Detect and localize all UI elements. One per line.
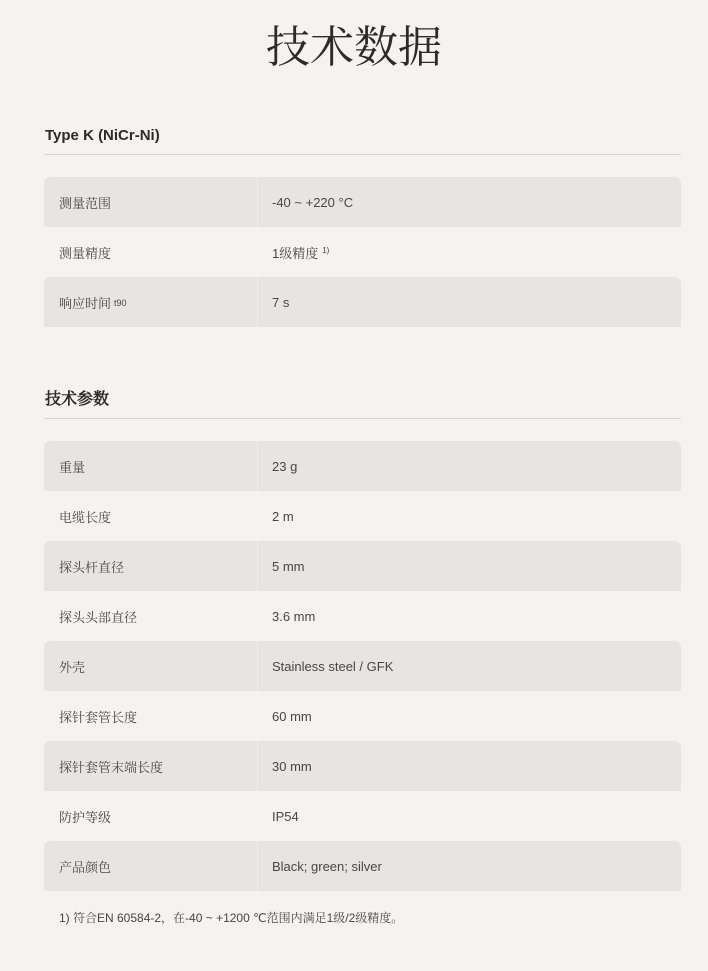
spec-row: 外壳 Stainless steel / GFK — [44, 641, 681, 691]
spec-table-type-k: 测量范围 -40 ~ +220 °C 测量精度 1级精度1) 响应时间t90 7… — [44, 177, 681, 327]
spec-label: 产品颜色 — [44, 841, 257, 891]
spec-label-text: 响应时间 — [59, 293, 111, 312]
spec-value: 60 mm — [258, 691, 681, 741]
spec-label: 外壳 — [44, 641, 257, 691]
spec-row: 重量 23 g — [44, 441, 681, 491]
section-title-type-k: Type K (NiCr-Ni) — [44, 118, 681, 155]
spec-row: 产品颜色 Black; green; silver — [44, 841, 681, 891]
spec-row: 探针套管末端长度 30 mm — [44, 741, 681, 791]
spec-value: 30 mm — [258, 741, 681, 791]
page-title: 技术数据 — [0, 18, 708, 78]
spec-value: 2 m — [258, 491, 681, 541]
spec-value: 3.6 mm — [258, 591, 681, 641]
spec-table-tech-params: 重量 23 g 电缆长度 2 m 探头杆直径 5 mm 探头头部直径 3.6 m… — [44, 441, 681, 891]
footnote: 1) 符合EN 60584-2，在-40 ~ +1200 ℃范围内满足1级/2级… — [59, 909, 403, 926]
spec-label: 探头头部直径 — [44, 591, 257, 641]
spec-label: 探头杆直径 — [44, 541, 257, 591]
spec-value: -40 ~ +220 °C — [258, 177, 681, 227]
spec-value: 23 g — [258, 441, 681, 491]
spec-row: 防护等级 IP54 — [44, 791, 681, 841]
spec-label: 响应时间t90 — [44, 277, 257, 327]
spec-row: 响应时间t90 7 s — [44, 277, 681, 327]
spec-label-subscript: t90 — [114, 298, 127, 308]
section-title-tech-params: 技术参数 — [44, 382, 681, 419]
spec-row: 测量范围 -40 ~ +220 °C — [44, 177, 681, 227]
spec-label: 探针套管末端长度 — [44, 741, 257, 791]
footnote-ref: 1) — [322, 246, 329, 255]
spec-row: 测量精度 1级精度1) — [44, 227, 681, 277]
spec-label: 测量范围 — [44, 177, 257, 227]
section-tech-params: 技术参数 重量 23 g 电缆长度 2 m 探头杆直径 5 mm 探头头部直径 … — [44, 382, 681, 891]
spec-label: 探针套管长度 — [44, 691, 257, 741]
spec-label: 防护等级 — [44, 791, 257, 841]
spec-value: IP54 — [258, 791, 681, 841]
spec-row: 电缆长度 2 m — [44, 491, 681, 541]
spec-value: 5 mm — [258, 541, 681, 591]
spec-value: Stainless steel / GFK — [258, 641, 681, 691]
spec-value: 1级精度1) — [258, 227, 681, 277]
spec-row: 探针套管长度 60 mm — [44, 691, 681, 741]
section-type-k: Type K (NiCr-Ni) 测量范围 -40 ~ +220 °C 测量精度… — [44, 118, 681, 327]
spec-value-text: 1级精度 — [272, 243, 318, 262]
spec-label: 测量精度 — [44, 227, 257, 277]
spec-label: 电缆长度 — [44, 491, 257, 541]
spec-value: Black; green; silver — [258, 841, 681, 891]
spec-value: 7 s — [258, 277, 681, 327]
spec-label: 重量 — [44, 441, 257, 491]
spec-row: 探头杆直径 5 mm — [44, 541, 681, 591]
spec-row: 探头头部直径 3.6 mm — [44, 591, 681, 641]
